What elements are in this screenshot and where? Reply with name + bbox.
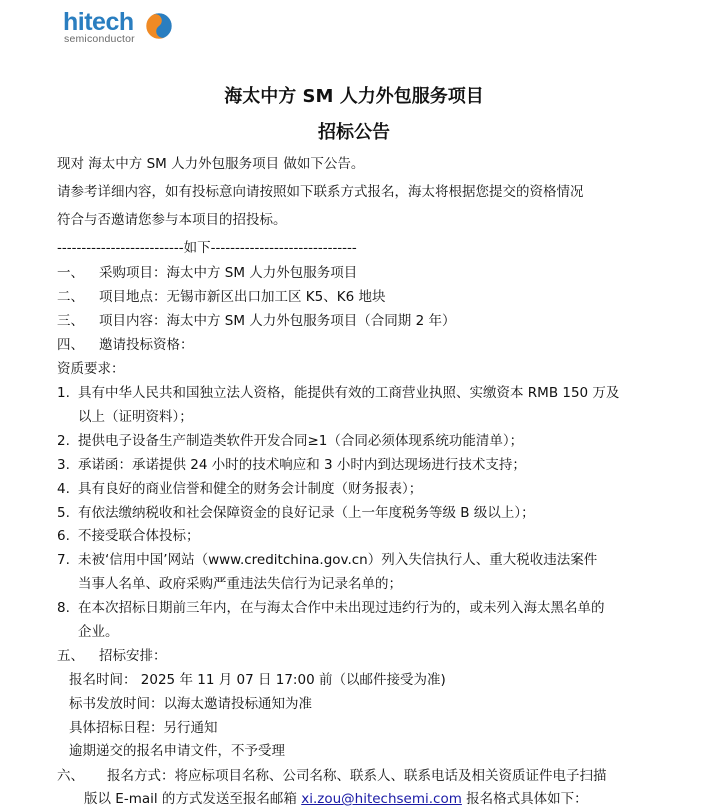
divider-line: --------------------------如下------------… (57, 239, 357, 257)
item-text: 不接受联合体投标； (78, 527, 200, 545)
item-number: 4. (57, 480, 70, 498)
section-number: 四、 (57, 336, 99, 354)
item-text: 承诺函：承诺提供 24 小时的技术响应和 3 小时内到达现场进行技术支持； (78, 456, 526, 474)
section-number: 三、 (57, 312, 99, 330)
item-text: 提供电子设备生产制造类软件开发合同≥1（合同必须体现系统功能清单）； (78, 432, 523, 450)
section-text: 招标安排： (99, 648, 167, 664)
section-4: 四、邀请投标资格： (57, 336, 194, 354)
item-text: 具有中华人民共和国独立法人资格，能提供有效的工商营业执照、实缴资本 RMB 15… (78, 384, 619, 402)
item-text-continued: 企业。 (78, 623, 119, 641)
format-intro-text: 报名格式具体如下： (462, 791, 588, 807)
section-6-continued: 版以 E-mail 的方式发送至报名邮箱 xi.zou@hitechsemi.c… (84, 790, 588, 808)
section-2: 二、项目地点：无锡市新区出口加工区 K5、K6 地块 (57, 288, 385, 306)
intro-line-2: 请参考详细内容，如有投标意向请按照如下联系方式报名，海太将根据您提交的资格情况 (57, 183, 584, 201)
item-number: 2. (57, 432, 70, 450)
hitech-logo: hitech semiconductor (63, 10, 175, 46)
section-1: 一、采购项目：海太中方 SM 人力外包服务项目 (57, 264, 357, 282)
section-number: 五、 (57, 647, 99, 665)
intro-line-1: 现对 海太中方 SM 人力外包服务项目 做如下公告。 (57, 155, 364, 173)
item-text: 在本次招标日期前三年内，在与海太合作中未出现过违约行为的，或未列入海太黑名单的 (78, 599, 605, 617)
section-number: 六、 (57, 767, 107, 785)
yin-yang-logo-icon (145, 12, 173, 40)
late-submission-note: 逾期递交的报名申请文件，不予受理 (69, 742, 285, 760)
registration-email-link[interactable]: xi.zou@hitechsemi.com (301, 791, 462, 807)
intro-line-3: 符合与否邀请您参与本项目的招投标。 (57, 211, 287, 229)
section-number: 二、 (57, 288, 99, 306)
item-text-continued: 以上（证明资料）； (78, 408, 193, 426)
item-text: 未被‘信用中国’网站（www.creditchina.gov.cn）列入失信执行… (78, 551, 597, 569)
section-6: 六、报名方式：将应标项目名称、公司名称、联系人、联系电话及相关资质证件电子扫描 (57, 767, 607, 785)
section-3: 三、项目内容：海太中方 SM 人力外包服务项目（合同期 2 年） (57, 312, 455, 330)
submission-method-text: 版以 E-mail 的方式发送至报名邮箱 (84, 791, 301, 807)
item-number: 8. (57, 599, 70, 617)
logo-subtitle: semiconductor (64, 34, 135, 45)
section-text: 采购项目：海太中方 SM 人力外包服务项目 (99, 265, 357, 281)
section-number: 一、 (57, 264, 99, 282)
tender-doc-release-time: 标书发放时间：以海太邀请投标通知为准 (69, 695, 312, 713)
item-text: 有依法缴纳税收和社会保障资金的良好记录（上一年度税务等级 B 级以上）； (78, 504, 535, 522)
section-text: 项目内容：海太中方 SM 人力外包服务项目（合同期 2 年） (99, 313, 455, 329)
section-5: 五、招标安排： (57, 647, 167, 665)
item-number: 5. (57, 504, 70, 522)
qualification-label: 资质要求： (57, 360, 125, 378)
tender-schedule: 具体招标日程：另行通知 (69, 719, 218, 737)
item-text-continued: 当事人名单、政府采购严重违法失信行为记录名单的； (78, 575, 402, 593)
item-number: 3. (57, 456, 70, 474)
registration-time: 报名时间： 2025 年 11 月 07 日 17:00 前（以邮件接受为准) (69, 671, 446, 689)
item-number: 1. (57, 384, 70, 402)
item-number: 7. (57, 551, 70, 569)
item-text: 具有良好的商业信誉和健全的财务会计制度（财务报表）； (78, 480, 422, 498)
section-text: 报名方式：将应标项目名称、公司名称、联系人、联系电话及相关资质证件电子扫描 (107, 768, 607, 784)
item-number: 6. (57, 527, 70, 545)
section-text: 项目地点：无锡市新区出口加工区 K5、K6 地块 (99, 289, 385, 305)
logo-wordmark: hitech (63, 10, 134, 35)
document-subtitle: 招标公告 (0, 122, 708, 144)
document-title: 海太中方 SM 人力外包服务项目 (0, 86, 708, 108)
section-text: 邀请投标资格： (99, 337, 194, 353)
